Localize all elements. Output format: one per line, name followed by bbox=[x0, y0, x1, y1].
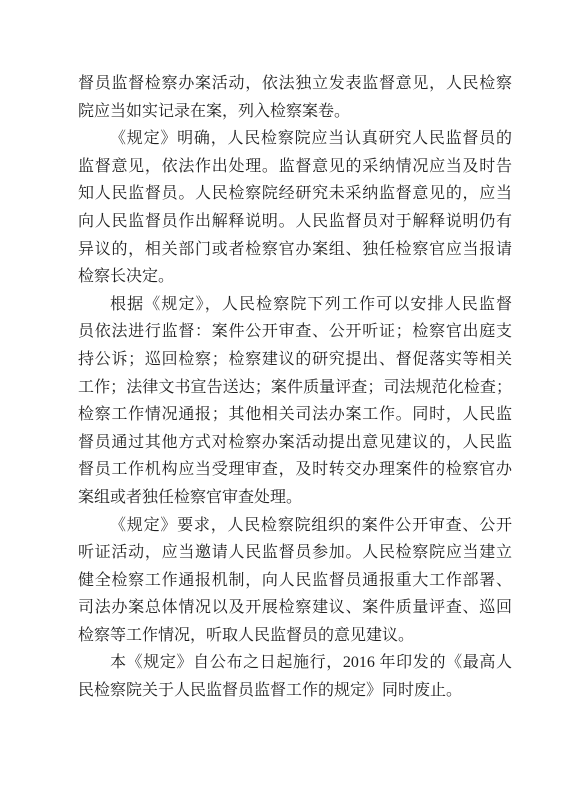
text-line: 异议的，相关部门或者检察官办案组、独任检察官应当报请 bbox=[78, 236, 512, 264]
text-line: 案组或者独任检察官审查处理。 bbox=[78, 484, 512, 512]
paragraph: 督员监督检察办案活动，依法独立发表监督意见，人民检察院应当如实记录在案，列入检察… bbox=[78, 70, 512, 125]
text-line: 督员通过其他方式对检察办案活动提出意见建议的，人民监 bbox=[78, 429, 512, 457]
document-page: 督员监督检察办案活动，依法独立发表监督意见，人民检察院应当如实记录在案，列入检察… bbox=[0, 0, 565, 800]
text-line: 监督意见，依法作出处理。监督意见的采纳情况应当及时告 bbox=[78, 153, 512, 181]
text-line: 向人民监督员作出解释说明。人民监督员对于解释说明仍有 bbox=[78, 208, 512, 236]
text-line: 根据《规定》，人民检察院下列工作可以安排人民监督 bbox=[78, 291, 512, 319]
text-line: 检察工作情况通报；其他相关司法办案工作。同时，人民监 bbox=[78, 401, 512, 429]
text-line: 工作；法律文书宣告送达；案件质量评查；司法规范化检查； bbox=[78, 374, 512, 402]
text-line: 健全检察工作通报机制，向人民监督员通报重大工作部署、 bbox=[78, 567, 512, 595]
text-line: 《规定》要求，人民检察院组织的案件公开审查、公开 bbox=[78, 512, 512, 540]
text-line: 督员监督检察办案活动，依法独立发表监督意见，人民检察 bbox=[78, 70, 512, 98]
paragraph: 《规定》要求，人民检察院组织的案件公开审查、公开听证活动，应当邀请人民监督员参加… bbox=[78, 512, 512, 650]
text-line: 检察等工作情况，听取人民监督员的意见建议。 bbox=[78, 622, 512, 650]
text-line: 院应当如实记录在案，列入检察案卷。 bbox=[78, 98, 512, 126]
document-body: 督员监督检察办案活动，依法独立发表监督意见，人民检察院应当如实记录在案，列入检察… bbox=[78, 70, 512, 705]
paragraph: 本《规定》自公布之日起施行，2016 年印发的《最高人民检察院关于人民监督员监督… bbox=[78, 649, 512, 704]
text-line: 司法办案总体情况以及开展检察建议、案件质量评查、巡回 bbox=[78, 594, 512, 622]
text-line: 持公诉；巡回检察；检察建议的研究提出、督促落实等相关 bbox=[78, 346, 512, 374]
text-line: 本《规定》自公布之日起施行，2016 年印发的《最高人 bbox=[78, 649, 512, 677]
text-line: 民检察院关于人民监督员监督工作的规定》同时废止。 bbox=[78, 677, 512, 705]
text-line: 督员工作机构应当受理审查，及时转交办理案件的检察官办 bbox=[78, 456, 512, 484]
text-line: 知人民监督员。人民检察院经研究未采纳监督意见的，应当 bbox=[78, 180, 512, 208]
paragraph: 根据《规定》，人民检察院下列工作可以安排人民监督员依法进行监督：案件公开审查、公… bbox=[78, 291, 512, 512]
paragraph: 《规定》明确，人民检察院应当认真研究人民监督员的监督意见，依法作出处理。监督意见… bbox=[78, 125, 512, 291]
text-line: 听证活动，应当邀请人民监督员参加。人民检察院应当建立 bbox=[78, 539, 512, 567]
text-line: 员依法进行监督：案件公开审查、公开听证；检察官出庭支 bbox=[78, 318, 512, 346]
text-line: 《规定》明确，人民检察院应当认真研究人民监督员的 bbox=[78, 125, 512, 153]
text-line: 检察长决定。 bbox=[78, 263, 512, 291]
